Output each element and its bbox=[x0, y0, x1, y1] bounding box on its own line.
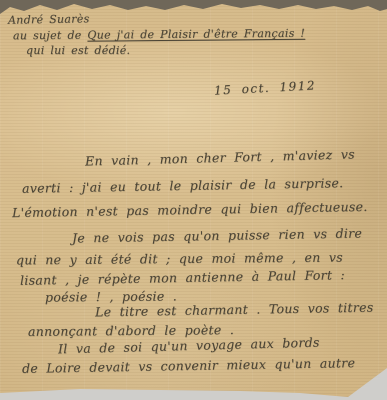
body-line: poésie ! , poésie . bbox=[45, 288, 177, 304]
body-line: L'émotion n'est pas moindre qui bien aff… bbox=[12, 199, 368, 220]
body-line: de Loire devait vs convenir mieux qu'un … bbox=[22, 355, 355, 376]
annotation-subject-title: Que j'ai de Plaisir d'être Français ! bbox=[87, 27, 305, 42]
annotation-dedication: qui lui est dédié. bbox=[26, 44, 130, 57]
body-line: lisant , je répète mon antienne à Paul F… bbox=[20, 267, 345, 288]
letter-date: 15 oct. 1912 bbox=[214, 78, 317, 97]
body-line: annonçant d'abord le poète . bbox=[28, 322, 234, 339]
scanned-letter: André Suarès au sujet de Que j'ai de Pla… bbox=[0, 0, 387, 400]
body-line: qui ne y ait été dit ; que moi même , en… bbox=[16, 250, 343, 268]
annotation-author: André Suarès bbox=[8, 12, 90, 26]
body-line: Je ne vois pas qu'on puisse rien vs dire bbox=[72, 225, 362, 245]
letter-paper: André Suarès au sujet de Que j'ai de Pla… bbox=[0, 0, 387, 400]
body-line: En vain , mon cher Fort , m'aviez vs bbox=[85, 146, 355, 168]
annotation-subject-prefix: au sujet de bbox=[13, 29, 87, 43]
annotation-subject: au sujet de Que j'ai de Plaisir d'être F… bbox=[13, 27, 305, 43]
body-line: averti : j'ai eu tout le plaisir de la s… bbox=[22, 175, 344, 196]
